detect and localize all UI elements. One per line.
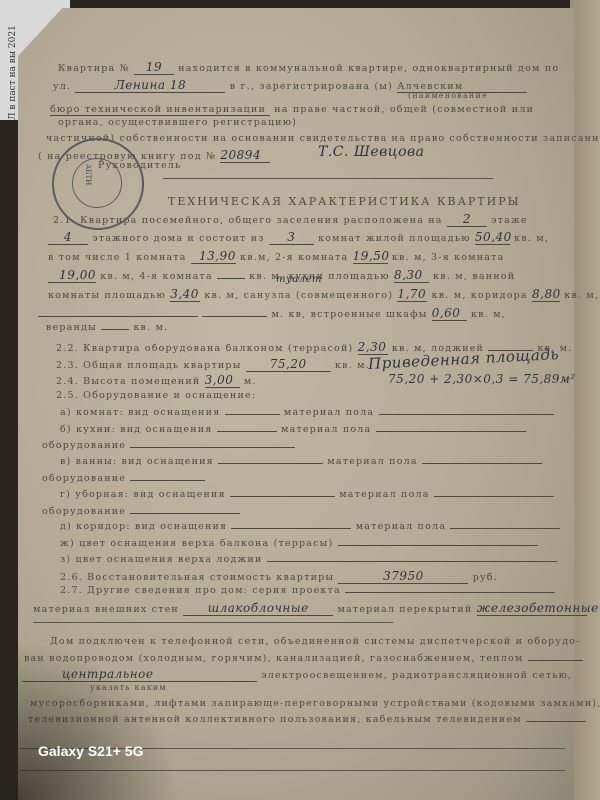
balcony-value: 2,30 <box>358 340 388 355</box>
handwritten-note-line2: 75,20 + 2,30×0,3 = 75,89м² <box>388 372 576 386</box>
ceiling-material-value: железобетонные <box>477 601 587 616</box>
toilet-note: туалет <box>276 274 322 285</box>
stamp-inner-ring <box>72 158 122 208</box>
signature: Т.С. Шевцова <box>318 144 425 160</box>
height-value: 3,00 <box>205 373 240 388</box>
total-area-value: 75,20 <box>246 357 331 372</box>
equip-bath-equipment: оборудование <box>42 473 205 484</box>
apartment-no: 19 <box>134 60 174 75</box>
s2-1-line6: м. кв, встроенные шкафы 0,60 кв. м, <box>38 306 506 321</box>
equip-kitchen: б) кухни: вид оснащения материал пола <box>60 424 526 435</box>
street-value: Ленина 18 <box>75 78 225 93</box>
toilet-value: 1,70 <box>397 287 427 302</box>
registered-by-caption: (наименование <box>408 91 488 100</box>
bureau-line: бюро технической инвентаризации на праве… <box>50 104 534 116</box>
equip-toilet-equipment: оборудование <box>42 506 240 517</box>
rooms-value: 3 <box>269 230 314 245</box>
s2-6-line: 2.6. Восстановительная стоимость квартир… <box>60 569 498 584</box>
room2-value: 19,50 <box>353 249 388 264</box>
apartment-line: Квартира № 19 находится в коммунальной к… <box>58 60 559 75</box>
floor-value: 2 <box>447 212 487 227</box>
s2-1-line5: комнаты площадью 3,40 кв. м, санузла (со… <box>48 287 599 302</box>
equip-balcony-color: ж) цвет оснащения верха балкона (террасы… <box>60 538 538 549</box>
room1-value: 13,90 <box>191 249 236 264</box>
living-area-value: 50,40 <box>475 230 510 245</box>
official-stamp: АБТИ <box>52 138 144 230</box>
camera-watermark: Galaxy S21+ 5G <box>38 743 143 759</box>
walls-material-value: шлакоблочные <box>183 601 333 616</box>
room3-value: 19,00 <box>48 268 96 283</box>
equip-rooms: а) комнат: вид оснащения материал пола <box>60 407 554 418</box>
s2-1-line2: 4 этажного дома и состоит из 3 комнат жи… <box>48 230 549 245</box>
project-series-value <box>345 592 555 593</box>
room4-value <box>217 278 245 279</box>
s2-7-line: 2.7. Другие сведения про дом: серия прое… <box>60 585 555 596</box>
ownership-line: частичной) собственности на основании св… <box>46 133 600 144</box>
equip-kitchen-equipment: оборудование <box>42 440 295 451</box>
stamp-text: АБТИ <box>84 164 92 185</box>
equip-corridor: д) коридор: вид оснащения материал пола <box>60 521 560 532</box>
signature-line <box>163 178 493 179</box>
storeys-value: 4 <box>48 230 88 245</box>
section-title: ТЕХНИЧЕСКАЯ ХАРАКТЕРИСТИКА КВАРТИРЫ <box>168 195 521 208</box>
bureau-name: бюро технической инвентаризации <box>50 104 270 116</box>
s2-1-line7: веранды кв. м. <box>46 322 168 333</box>
bathroom-value: 3,40 <box>170 287 200 302</box>
s2-3-line: 2.3. Общая площадь квартиры 75,20 кв. м. <box>56 357 370 372</box>
equip-loggia-color: з) цвет оснащения верха лоджии <box>60 554 557 565</box>
bureau-caption: органа, осуществившего регистрацию) <box>58 117 297 128</box>
equip-toilet: г) уборная: вид оснащения материал пола <box>60 489 554 500</box>
materials-line: материал внешних стен шлакоблочные матер… <box>33 601 587 616</box>
s2-1-line3: в том числе 1 комната 13,90 кв.м, 2-я ко… <box>48 249 505 264</box>
photo-shadow <box>0 640 180 800</box>
kitchen-value: 8,30 <box>394 268 429 283</box>
s2-4-line: 2.4. Высота помещений 3,00 м. <box>56 373 257 388</box>
registry-no: 20894 <box>220 148 270 163</box>
s2-5-title: 2.5. Оборудование и оснащение: <box>56 390 256 401</box>
veranda-value <box>101 329 129 330</box>
next-page-edge <box>570 0 600 800</box>
equip-bath: в) ванны: вид оснащения материал пола <box>60 456 542 467</box>
corridor-value: 8,80 <box>532 287 560 302</box>
closets-value: 0,60 <box>432 306 467 321</box>
replacement-cost-value: 37950 <box>338 569 468 584</box>
